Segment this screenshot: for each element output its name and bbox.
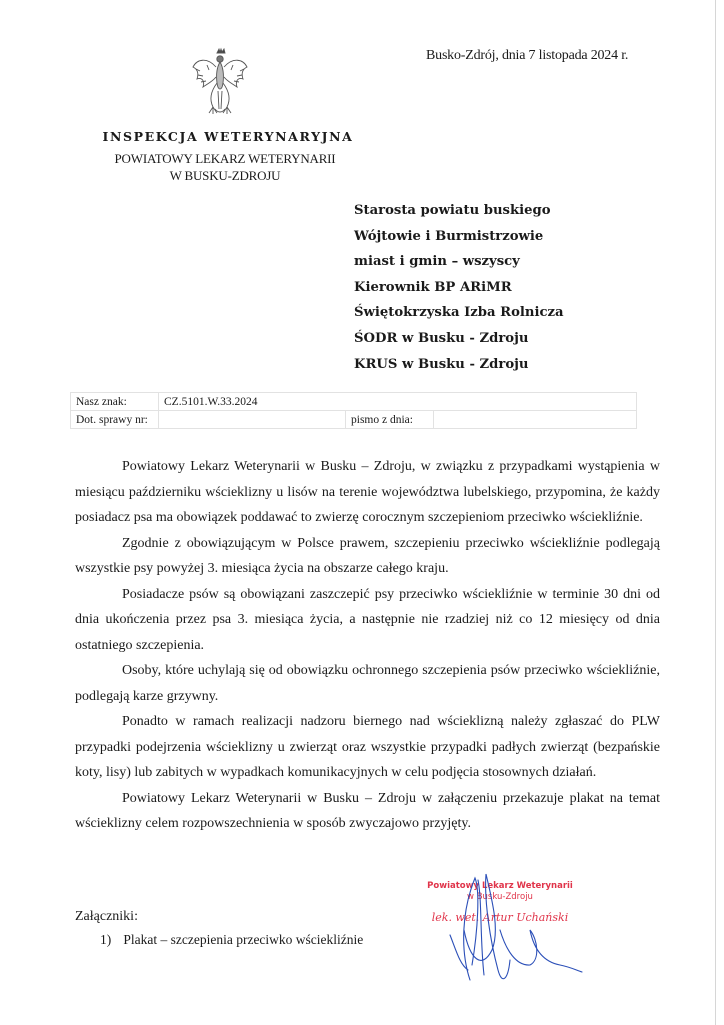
body-paragraph: Powiatowy Lekarz Weterynarii w Busku – Z… [75,454,660,531]
reference-row-our-ref: Nasz znak: CZ.5101.W.33.2024 [71,393,637,411]
attachment-number: 1) [100,932,120,948]
office-name-line2: W BUSKU-ZDROJU [90,168,360,184]
case-no-value [159,411,346,429]
attachment-text: Plakat – szczepienia przeciwko wściekliź… [123,932,363,947]
letter-date-value [434,411,637,429]
letter-date-label: pismo z dnia: [346,411,434,429]
body-paragraph: Zgodnie z obowiązującym w Polsce prawem,… [75,531,660,582]
reference-table: Nasz znak: CZ.5101.W.33.2024 Dot. sprawy… [70,392,637,429]
office-name-line1: POWIATOWY LEKARZ WETERYNARII [90,151,360,167]
reference-row-case: Dot. sprawy nr: pismo z dnia: [71,411,637,429]
polish-eagle-emblem-icon [187,47,253,119]
letter-page: Busko-Zdrój, dnia 7 listopada 2024 r. IN… [0,0,724,1025]
stamp-line1: Powiatowy Lekarz Weterynarii [420,881,580,892]
recipient: Kierownik BP ARiMR [354,279,564,305]
recipient: ŚODR w Busku - Zdroju [354,330,564,356]
date-line: Busko-Zdrój, dnia 7 listopada 2024 r. [426,48,628,64]
recipient: Świętokrzyska Izba Rolnicza [354,304,564,330]
scan-edge-line [715,0,716,1025]
case-no-label: Dot. sprawy nr: [71,411,159,429]
letter-body: Powiatowy Lekarz Weterynarii w Busku – Z… [75,454,660,837]
recipient: KRUS w Busku - Zdroju [354,356,564,382]
recipient: Starosta powiatu buskiego [354,202,564,228]
body-paragraph: Powiatowy Lekarz Weterynarii w Busku – Z… [75,786,660,837]
stamp-line2: w Busku-Zdroju [420,892,580,903]
body-paragraph: Ponadto w ramach realizacji nadzoru bier… [75,709,660,786]
body-paragraph: Posiadacze psów są obowiązani zaszczepić… [75,582,660,659]
attachments-label: Załączniki: [75,909,138,925]
official-stamp: Powiatowy Lekarz Weterynarii w Busku-Zdr… [420,881,580,924]
recipient: Wójtowie i Burmistrzowie [354,228,564,254]
recipient: miast i gmin – wszyscy [354,253,564,279]
our-ref-label: Nasz znak: [71,393,159,411]
stamp-signatory: lek. wet. Artur Uchański [420,911,580,924]
recipient-list: Starosta powiatu buskiego Wójtowie i Bur… [354,202,564,381]
our-ref-value: CZ.5101.W.33.2024 [159,393,637,411]
attachment-item: 1) Plakat – szczepienia przeciwko wściek… [100,932,363,948]
body-paragraph: Osoby, które uchylają się od obowiązku o… [75,658,660,709]
organization-name: INSPEKCJA WETERYNARYJNA [98,129,358,144]
